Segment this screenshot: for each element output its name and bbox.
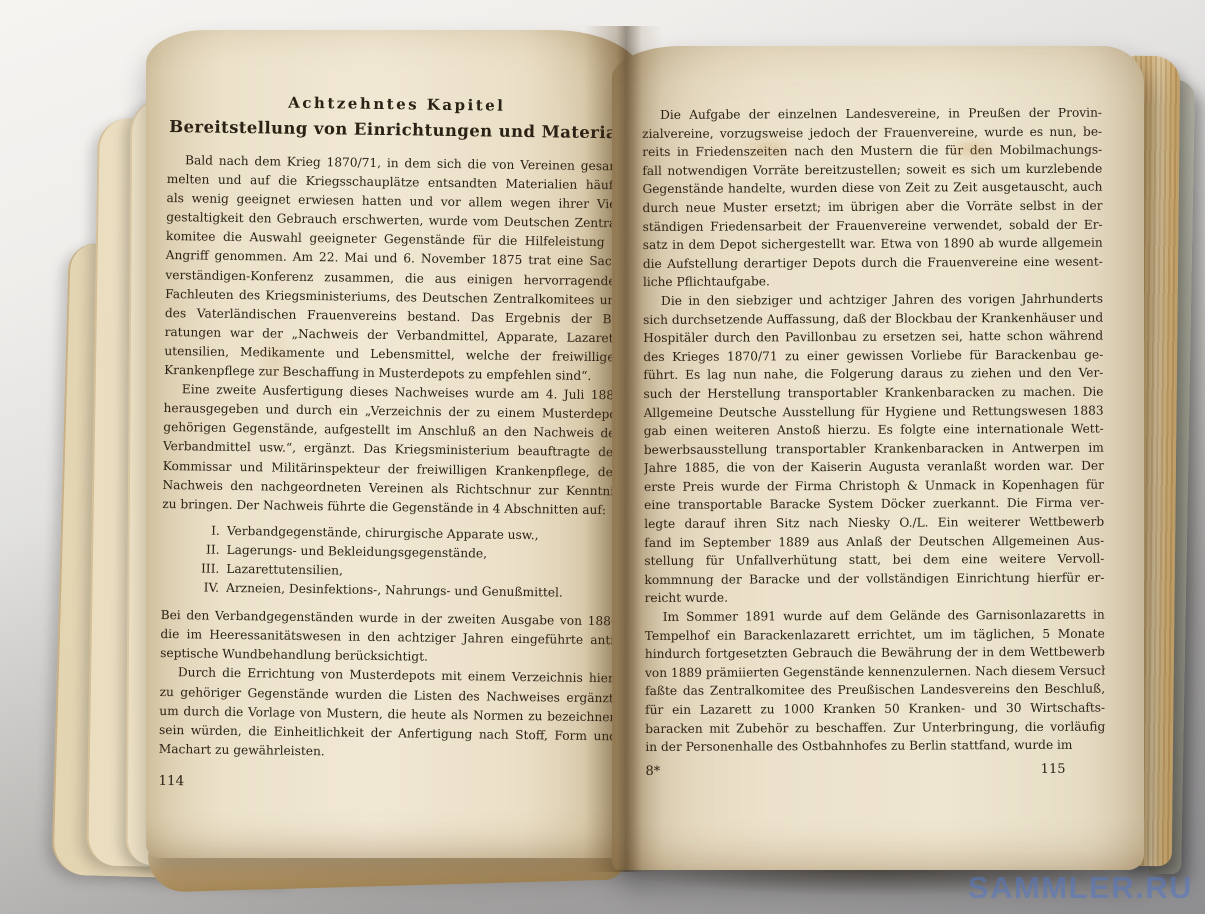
printers-signature: 8*	[645, 764, 660, 779]
left-page-content: Achtzehntes Kapitel Bereitstellung von E…	[158, 92, 626, 795]
text-line: fall notwendigen Vorräte bereitzustellen…	[642, 159, 1102, 180]
text-line: Die in den siebziger und achtziger Jahre…	[643, 290, 1103, 311]
text-line: für ein Lazarett zu 1000 Kranken 50 Kran…	[645, 699, 1105, 720]
paragraph: Durch die Errichtung von Musterdepots mi…	[159, 663, 618, 765]
text-line: erste Preis wurde der Firma Christoph & …	[644, 475, 1104, 496]
text-line: baracken mit Zubehör zu beschaffen. Zur …	[645, 717, 1105, 738]
text-line: bewerbsausstellung transportabler Kranke…	[644, 438, 1104, 459]
text-line: Hospitäler durch den Pavillonbau zu erse…	[643, 327, 1103, 348]
text-line: legte darauf ihren Sitz nach Niesky O./L…	[644, 513, 1104, 534]
right-page-content: Die Aufgabe der einzelnen Landesvereine,…	[642, 104, 1106, 779]
page-number-left: 114	[158, 773, 616, 795]
chapter-kicker: Achtzehntes Kapitel	[168, 92, 626, 116]
text-line: Tempelhof ein Barackenlazarett errichtet…	[645, 624, 1105, 645]
text-line: eine transportable Baracke System Döcker…	[644, 494, 1104, 515]
text-line: Jahre 1885, die von der Kaiserin Augusta…	[644, 457, 1104, 478]
text-line: gab einen weiteren Anstoß hierzu. Es fol…	[644, 420, 1104, 441]
paragraph: Im Sommer 1891 wurde auf dem Gelände des…	[645, 606, 1106, 757]
text-line: zialvereine, vorzugsweise jedoch der Fra…	[642, 122, 1102, 143]
text-line: fand im September 1889 aus Anlaß der Deu…	[644, 531, 1104, 552]
text-line: Die Aufgabe der einzelnen Landesvereine,…	[642, 104, 1102, 125]
paragraph: Die in den siebziger und achtziger Jahre…	[643, 290, 1105, 608]
paragraph: Eine zweite Ausfertigung dieses Nachweis…	[162, 380, 622, 520]
text-line: Im Sommer 1891 wurde auf dem Gelände des…	[645, 606, 1105, 627]
right-page: Die Aufgabe der einzelnen Landesvereine,…	[612, 46, 1144, 870]
text-line: in der Personenhalle des Ostbahnhofes zu…	[645, 736, 1105, 757]
paragraph: Bald nach dem Krieg 1870/71, in dem sich…	[164, 151, 625, 386]
text-line: sich durchsetzende Auffassung, daß der B…	[643, 308, 1103, 329]
chapter-title: Bereitstellung von Einrichtungen und Mat…	[167, 117, 625, 142]
text-line: durch neue Muster ersetzt; im übrigen ab…	[642, 197, 1102, 218]
text-line: satz in dem Depot sichergestellt war. Et…	[643, 234, 1103, 255]
text-line: liche Pflichtaufgabe.	[643, 271, 1103, 292]
text-line: von 1889 prämiierten Gegenstände kennenz…	[645, 661, 1105, 682]
text-line: ständigen Friedensarbeit der Frauenverei…	[643, 215, 1103, 236]
text-line: die Aufstellung derartiger Depots durch …	[643, 252, 1103, 273]
text-line: faßte das Zentralkomitee des Preußischen…	[645, 680, 1105, 701]
text-line: Allgemeine Deutsche Ausstellung für Hygi…	[644, 401, 1104, 422]
right-page-footer: 8* 115	[645, 761, 1105, 778]
list-numeral: I.	[188, 521, 227, 541]
text-line: reits in Friedenszeiten nach den Mustern…	[642, 141, 1102, 162]
text-line: stellung für Unfallverhütung statt, bei …	[644, 550, 1104, 571]
list-numeral: III.	[187, 559, 226, 579]
watermark: SAMMLER.RU	[968, 870, 1193, 906]
paragraph: Bei den Verbandgegenständen wurde in der…	[160, 606, 619, 670]
left-page: Achtzehntes Kapitel Bereitstellung von E…	[146, 30, 642, 858]
list-numeral: II.	[187, 540, 226, 560]
ordered-list: I. Verbandgegenstände, chirurgische Appa…	[161, 521, 620, 604]
list-item-label: Arzneien, Desinfektions-, Nahrungs- und …	[226, 579, 619, 604]
text-line: des Krieges 1870/71 zu einer gewissen Vo…	[643, 345, 1103, 366]
text-line: such der Herstellung transportabler Kran…	[643, 382, 1103, 403]
text-line: Gegenstände handelte, wurden diese von Z…	[642, 178, 1102, 199]
list-numeral: IV.	[187, 578, 226, 598]
text-line: führt. Es lag nun nahe, die Folgerung da…	[643, 364, 1103, 385]
text-line: reicht wurde.	[645, 587, 1105, 608]
page-number-right: 115	[1041, 762, 1066, 777]
book-photo: Achtzehntes Kapitel Bereitstellung von E…	[0, 0, 1205, 914]
paragraph: Die Aufgabe der einzelnen Landesvereine,…	[642, 104, 1103, 292]
text-line: kommnung der Baracke und der vollständig…	[644, 568, 1104, 589]
text-line: hindurch fortgesetzten Gebrauch die Bewä…	[645, 643, 1105, 664]
